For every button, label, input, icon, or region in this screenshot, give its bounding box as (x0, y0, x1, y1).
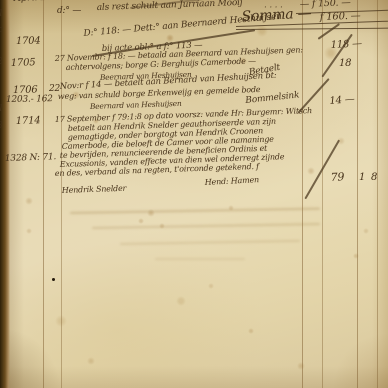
amount-value: 14 — (329, 95, 355, 107)
signature: Hendrik Snelder (62, 185, 127, 195)
somma-amount: f 160. — (320, 12, 361, 23)
edge-fragment: c (0, 26, 3, 35)
archive-reference: 1328 N: 71. (5, 153, 57, 164)
ruled-column-line (322, 0, 323, 388)
amount-guilders: 79 (330, 171, 344, 183)
archive-reference: 1203.- 162 (6, 95, 53, 105)
ink-showthrough (70, 208, 320, 214)
ink-spot (52, 278, 55, 281)
ruled-column-line (302, 0, 303, 388)
entry-text: als rest schult aan Jurriaan Mooij (97, 0, 243, 13)
edge-fragment: 3 (0, 122, 3, 131)
ink-showthrough (92, 223, 320, 229)
entry-date: April 20 (14, 0, 53, 4)
edge-fragment: 1 (0, 10, 4, 19)
edge-fragment: 2 (0, 58, 3, 67)
ink-stroke (318, 23, 340, 39)
entry-year: 1714 (16, 116, 41, 127)
ruled-column-line (357, 0, 358, 388)
edge-fragment: 1 (0, 105, 4, 114)
entry-year: 1705 (11, 58, 36, 69)
entry-year: 1704 (16, 37, 41, 47)
ditto-mark: d:° — (57, 7, 81, 16)
amount-value: 118 — (330, 39, 362, 51)
amount-stuivers: 1 (359, 173, 365, 183)
ink-showthrough (120, 240, 300, 245)
amount-penningen: 8 (371, 173, 377, 183)
ruled-column-line (43, 0, 44, 388)
manuscript-page: April 20 d:° — als rest schult aan Jurri… (0, 0, 388, 388)
amount-value: 18 (339, 59, 351, 69)
ruled-column-line (377, 0, 378, 388)
sum-rule (236, 28, 388, 30)
ink-showthrough (155, 258, 245, 260)
signature: Hend: Hamen (205, 176, 260, 187)
signature: Beernard van Heshuijsen (90, 100, 182, 111)
